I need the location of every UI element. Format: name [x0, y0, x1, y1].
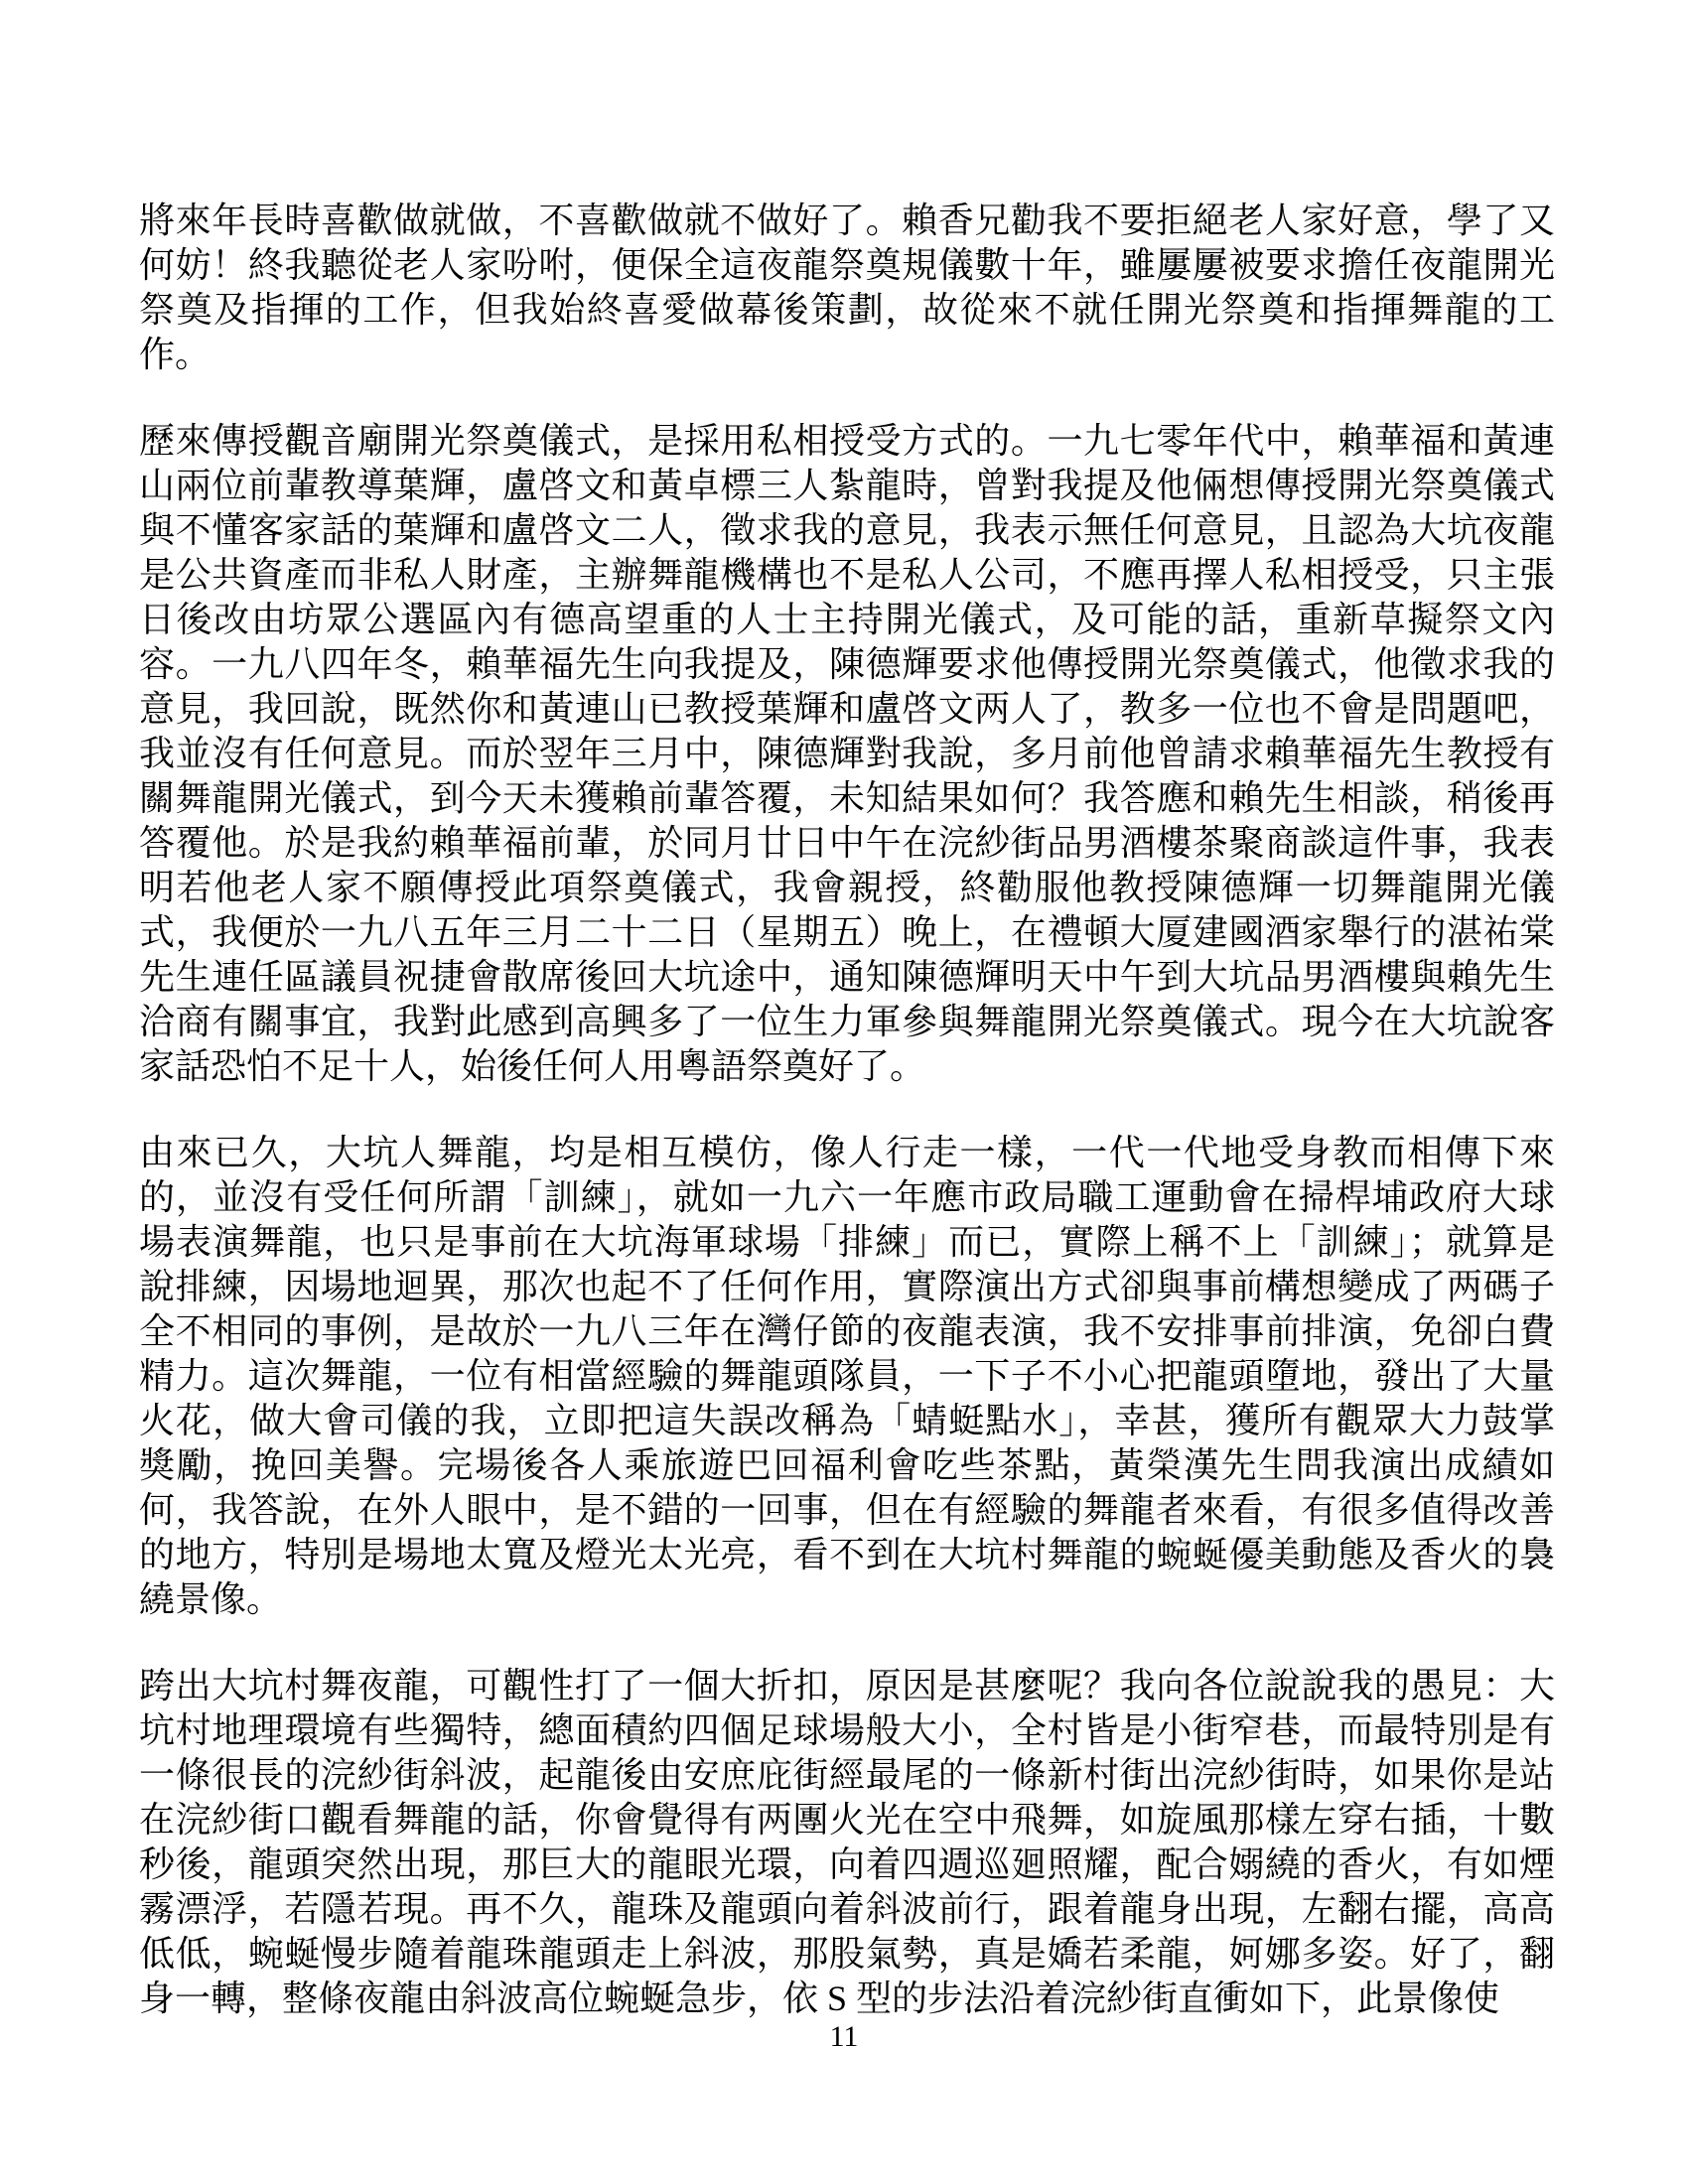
text-line: 場表演舞龍，也只是事前在大坑海軍球場「排練」而已，實際上稱不上「訓練」；就算是 [139, 1220, 1555, 1265]
text-line: 的地方，特別是場地太寬及燈光太光亮，看不到在大坑村舞龍的蜿蜒優美動態及香火的裊 [139, 1533, 1555, 1577]
page-number: 11 [0, 2017, 1688, 2057]
text-line: 我並沒有任何意見。而於翌年三月中，陳德輝對我說，多月前他曾請求賴華福先生教授有 [139, 732, 1555, 776]
text-line: 先生連任區議員祝捷會散席後回大坑途中，通知陳德輝明天中午到大坑品男酒樓與賴先生 [139, 955, 1555, 1000]
text-line: 一條很長的浣紗街斜波，起龍後由安庶庇街經最尾的一條新村街出浣紗街時，如果你是站 [139, 1753, 1555, 1798]
text-line: 山兩位前輩教導葉輝，盧啓文和黃卓標三人紮龍時，曾對我提及他倆想傳授開光祭奠儀式 [139, 464, 1555, 508]
text-line: 跨出大坑村舞夜龍，可觀性打了一個大折扣，原因是甚麼呢？我向各位說說我的愚見：大 [139, 1664, 1555, 1708]
paragraph: 歷來傳授觀音廟開光祭奠儀式，是採用私相授受方式的。一九七零年代中，賴華福和黃連山… [139, 419, 1555, 1089]
text-line: 日後改由坊眾公選區內有德高望重的人士主持開光儀式，及可能的話，重新草擬祭文內 [139, 598, 1555, 642]
text-line: 是公共資產而非私人財產，主辦舞龍機構也不是私人公司，不應再擇人私相授受，只主張 [139, 553, 1555, 598]
text-line: 火花，做大會司儀的我，立即把這失誤改稱為「蜻蜓點水」，幸甚，獲所有觀眾大力鼓掌 [139, 1399, 1555, 1443]
text-line: 洽商有關事宜，我對此感到高興多了一位生力軍參與舞龍開光祭奠儀式。現今在大坑說客 [139, 1000, 1555, 1044]
text-line: 繞景像。 [139, 1577, 1555, 1622]
text-line: 霧漂浮，若隱若現。再不久，龍珠及龍頭向着斜波前行，跟着龍身出現，左翻右擺，高高 [139, 1887, 1555, 1932]
text-line: 坑村地理環境有些獨特，總面積約四個足球場般大小，全村皆是小街窄巷，而最特別是有 [139, 1708, 1555, 1753]
text-line: 意見，我回說，既然你和黃連山已教授葉輝和盧啓文两人了，教多一位也不會是問題吧， [139, 687, 1555, 732]
document-body: 將來年長時喜歡做就做，不喜歡做就不做好了。賴香兄勸我不要拒絕老人家好意，學了又何… [139, 199, 1555, 2021]
text-line: 低低，蜿蜒慢步隨着龍珠龍頭走上斜波，那股氣勢，真是嬌若柔龍，妸娜多姿。好了，翻 [139, 1932, 1555, 1977]
text-line: 何，我答說，在外人眼中，是不錯的一回事，但在有經驗的舞龍者來看，有很多值得改善 [139, 1488, 1555, 1533]
text-line: 作。 [139, 333, 1555, 377]
paragraph: 將來年長時喜歡做就做，不喜歡做就不做好了。賴香兄勸我不要拒絕老人家好意，學了又何… [139, 199, 1555, 377]
text-line: 歷來傳授觀音廟開光祭奠儀式，是採用私相授受方式的。一九七零年代中，賴華福和黃連 [139, 419, 1555, 464]
text-line: 答覆他。於是我約賴華福前輩，於同月廿日中午在浣紗街品男酒樓茶聚商談這件事，我表 [139, 821, 1555, 866]
paragraph: 由來已久，大坑人舞龍，均是相互模仿，像人行走一樣，一代一代地受身教而相傳下來的，… [139, 1131, 1555, 1622]
paragraph: 跨出大坑村舞夜龍，可觀性打了一個大折扣，原因是甚麼呢？我向各位說說我的愚見：大坑… [139, 1664, 1555, 2021]
text-line: 秒後，龍頭突然出現，那巨大的龍眼光環，向着四週巡廻照耀，配合嫋繞的香火，有如煙 [139, 1843, 1555, 1887]
text-line: 容。一九八四年冬，賴華福先生向我提及，陳德輝要求他傳授開光祭奠儀式，他徵求我的 [139, 642, 1555, 687]
text-line: 精力。這次舞龍，一位有相當經驗的舞龍頭隊員，一下子不小心把龍頭墮地，發出了大量 [139, 1354, 1555, 1399]
text-line: 明若他老人家不願傳授此項祭奠儀式，我會親授，終勸服他教授陳德輝一切舞龍開光儀 [139, 866, 1555, 910]
text-line: 關舞龍開光儀式，到今天未獲賴前輩答覆，未知結果如何？我答應和賴先生相談，稍後再 [139, 776, 1555, 821]
text-line: 獎勵，挽回美譽。完場後各人乘旅遊巴回福利會吃些茶點，黃榮漢先生問我演出成績如 [139, 1443, 1555, 1488]
text-line: 何妨！終我聽從老人家吩咐，便保全這夜龍祭奠規儀數十年，雖屢屢被要求擔任夜龍開光 [139, 243, 1555, 288]
text-line: 全不相同的事例，是故於一九八三年在灣仔節的夜龍表演，我不安排事前排演，免卻白費 [139, 1309, 1555, 1354]
text-line: 說排練，因場地迴異，那次也起不了任何作用，實際演出方式卻與事前構想變成了两碼子 [139, 1265, 1555, 1309]
text-line: 的，並沒有受任何所謂「訓練」，就如一九六一年應市政局職工運動會在掃桿埔政府大球 [139, 1175, 1555, 1220]
text-line: 身一轉，整條夜龍由斜波高位蜿蜒急步，依 S 型的步法沿着浣紗街直衝如下，此景像使 [139, 1977, 1555, 2021]
text-line: 由來已久，大坑人舞龍，均是相互模仿，像人行走一樣，一代一代地受身教而相傳下來 [139, 1131, 1555, 1175]
text-line: 在浣紗街口觀看舞龍的話，你會覺得有两團火光在空中飛舞，如旋風那樣左穿右插，十數 [139, 1798, 1555, 1843]
text-line: 式，我便於一九八五年三月二十二日（星期五）晚上，在禮頓大厦建國酒家舉行的湛祐棠 [139, 910, 1555, 955]
text-line: 將來年長時喜歡做就做，不喜歡做就不做好了。賴香兄勸我不要拒絕老人家好意，學了又 [139, 199, 1555, 243]
text-line: 祭奠及指揮的工作，但我始終喜愛做幕後策劃，故從來不就任開光祭奠和指揮舞龍的工 [139, 288, 1555, 333]
text-line: 與不懂客家話的葉輝和盧啓文二人，徵求我的意見，我表示無任何意見，且認為大坑夜龍 [139, 508, 1555, 553]
text-line: 家話恐怕不足十人，始後任何人用粵語祭奠好了。 [139, 1044, 1555, 1089]
